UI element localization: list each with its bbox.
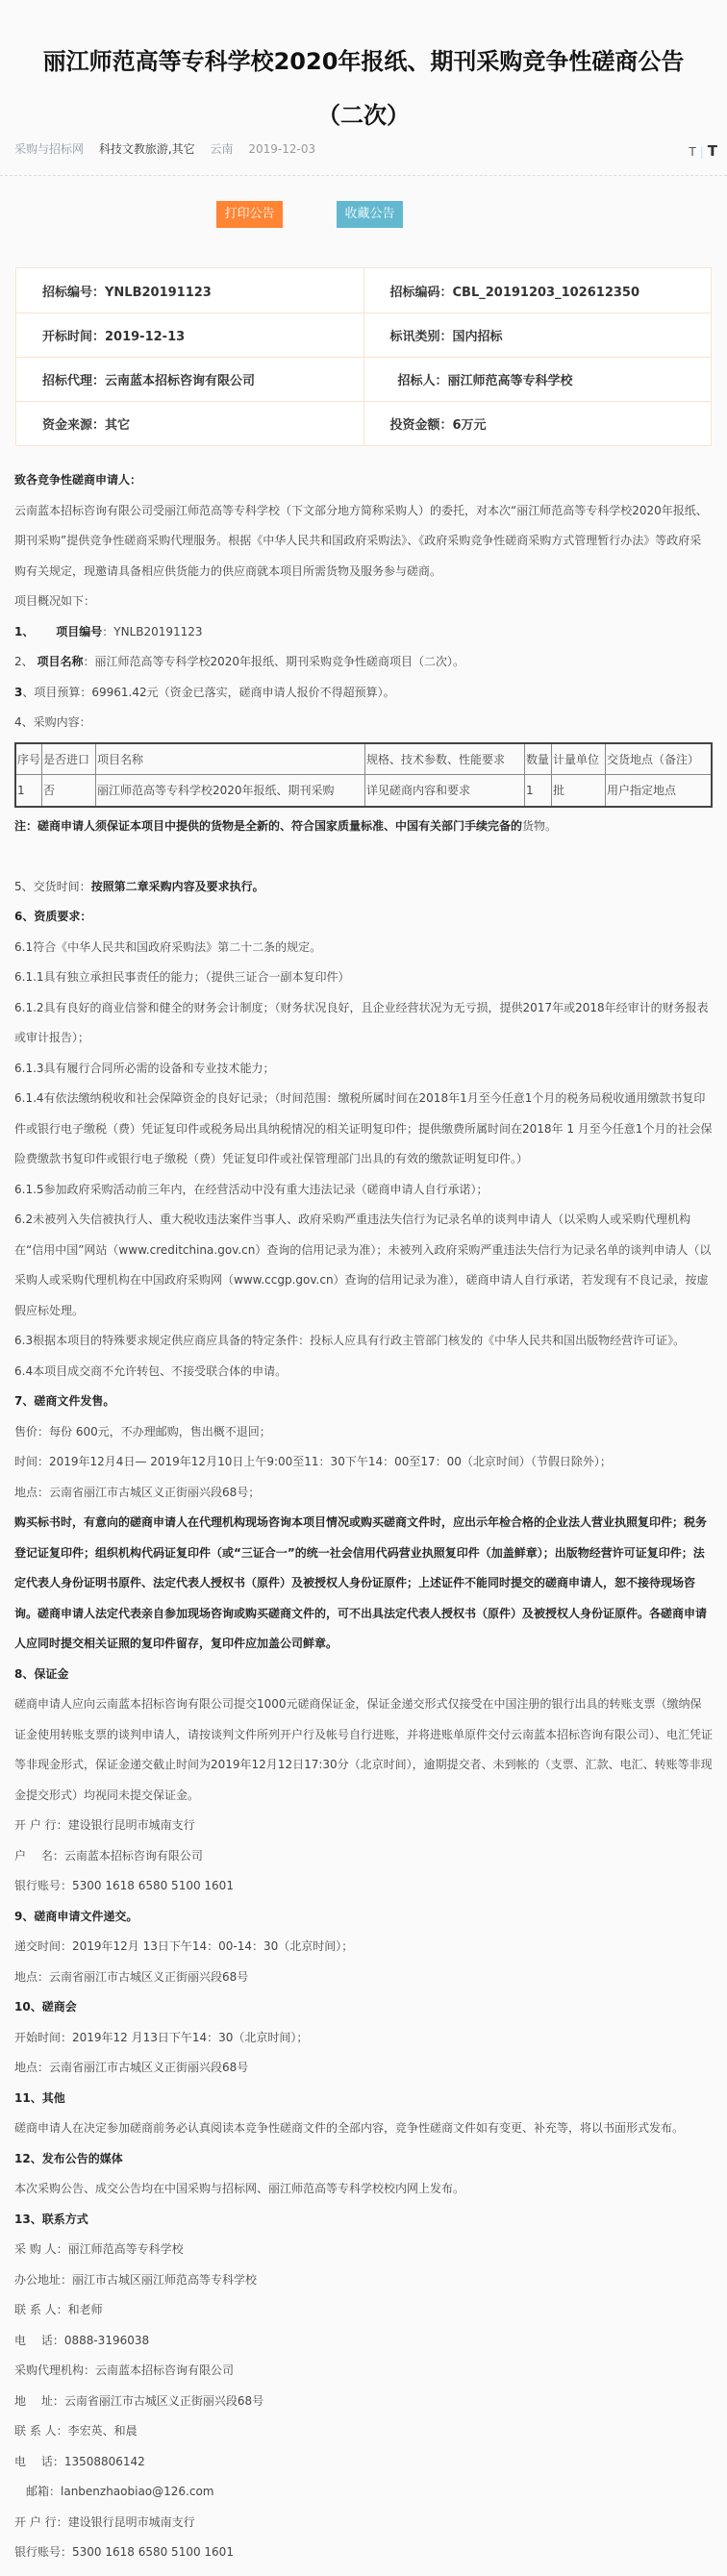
item-project-budget: 3、项目预算：69961.42元（资金已落实，磋商申请人报价不得超预算）。 xyxy=(14,678,713,709)
favorite-button[interactable]: 收藏公告 xyxy=(337,201,403,228)
contact-email[interactable]: 邮箱：lanbenzhaobiao@126.com xyxy=(14,2477,713,2508)
info-row: 开标时间：2019-12-13 标讯类别：国内招标 xyxy=(16,313,712,358)
table-header-row: 序号 是否进口 项目名称 规格、技术参数、性能要求 数量 计量单位 交货地点（备… xyxy=(15,743,712,775)
col-header: 交货地点（备注） xyxy=(606,743,712,775)
procurement-table: 序号 是否进口 项目名称 规格、技术参数、性能要求 数量 计量单位 交货地点（备… xyxy=(14,742,713,808)
item-procurement-content: 4、采购内容： xyxy=(14,708,713,738)
cell-spec: 详见磋商内容和要求 xyxy=(365,775,525,807)
investment-amount: 投资金额：6万元 xyxy=(363,402,712,446)
sale-price: 售价：每份 600元，不办理邮购，售出概不退回； xyxy=(14,1417,713,1448)
info-row: 招标代理：云南蓝本招标咨询有限公司 招标人：丽江师范高等专科学校 xyxy=(16,358,712,402)
font-small-icon[interactable]: T xyxy=(689,145,695,159)
cell-unit: 批 xyxy=(552,775,606,807)
submit-time: 递交时间：2019年12月 13日下午14：00-14：30（北京时间）； xyxy=(14,1932,713,1963)
section-contacts: 13、联系方式 xyxy=(14,2205,713,2236)
deposit-account-name: 户 名：云南蓝本招标咨询有限公司 xyxy=(14,1841,713,1872)
qual-6-1-3: 6.1.3具有履行合同所必需的设备和专业技术能力； xyxy=(14,1054,713,1085)
cell-index: 1 xyxy=(15,775,42,807)
fund-source: 资金来源：其它 xyxy=(16,402,364,446)
open-date: 开标时间：2019-12-13 xyxy=(16,313,364,358)
qual-6-3: 6.3根据本项目的特殊要求规定供应商应具备的特定条件：投标人应具有行政主管部门核… xyxy=(14,1326,713,1357)
deposit-bank: 开 户 行：建设银行昆明市城南支行 xyxy=(14,1811,713,1841)
intro-paragraph: 云南蓝本招标咨询有限公司受丽江师范高等专科学校（下文部分地方简称采购人）的委托，… xyxy=(14,496,713,588)
table-row: 1 否 丽江师范高等专科学校2020年报纸、期刊采购 详见磋商内容和要求 1 批… xyxy=(15,775,712,807)
cell-delivery: 用户指定地点 xyxy=(606,775,712,807)
print-button[interactable]: 打印公告 xyxy=(216,201,283,228)
qual-6-1-5: 6.1.5参加政府采购活动前三年内，在经营活动中没有重大违法记录（磋商申请人自行… xyxy=(14,1175,713,1206)
col-header: 计量单位 xyxy=(552,743,606,775)
bid-category: 标讯类别：国内招标 xyxy=(363,313,712,358)
title-line-1: 丽江师范高等专科学校2020年报纸、期刊采购竞争性磋商公告 xyxy=(0,35,727,88)
header-divider xyxy=(0,175,727,176)
contact-agency-address: 地 址：云南省丽江市古城区义正街丽兴段68号 xyxy=(14,2387,713,2417)
section-media: 12、发布公告的媒体 xyxy=(14,2144,713,2175)
media-text: 本次采购公告、成交公告均在中国采购与招标网、丽江师范高等专科学校校内网上发布。 xyxy=(14,2174,713,2205)
title-line-2: （二次） xyxy=(0,88,727,142)
region-label: 云南 xyxy=(211,142,234,156)
separator: | xyxy=(700,145,704,159)
font-large-icon[interactable]: T xyxy=(708,142,717,160)
deposit-account-number: 银行账号：5300 1618 6580 5100 1601 xyxy=(14,1871,713,1902)
spacer xyxy=(14,841,713,872)
category-label: 科技文教旅游,其它 xyxy=(99,142,195,156)
greeting: 致各竞争性磋商申请人： xyxy=(14,465,713,496)
item-project-number: 1、 项目编号：YNLB20191123 xyxy=(14,617,713,648)
section-meeting: 10、磋商会 xyxy=(14,1992,713,2023)
announcement-body: 致各竞争性磋商申请人： 云南蓝本招标咨询有限公司受丽江师范高等专科学校（下文部分… xyxy=(14,465,713,2568)
deposit-text: 磋商申请人应向云南蓝本招标咨询有限公司提交1000元磋商保证金，保证金递交形式仅… xyxy=(14,1689,713,1811)
font-size-controls: T|T xyxy=(689,142,717,160)
section-document-sale: 7、磋商文件发售。 xyxy=(14,1387,713,1417)
cell-quantity: 1 xyxy=(525,775,552,807)
meeting-time: 开始时间：2019年12 月13日下午14：30（北京时间）； xyxy=(14,2023,713,2054)
sale-place: 地点：云南省丽江市古城区义正街丽兴段68号； xyxy=(14,1478,713,1509)
contact-agency-phone: 电 话：13508806142 xyxy=(14,2447,713,2478)
qual-6-2: 6.2未被列入失信被执行人、重大税收违法案件当事人、政府采购严重违法失信行为记录… xyxy=(14,1205,713,1326)
col-header: 规格、技术参数、性能要求 xyxy=(365,743,525,775)
page-title: 丽江师范高等专科学校2020年报纸、期刊采购竞争性磋商公告 （二次） xyxy=(0,35,727,142)
qual-6-1-1: 6.1.1具有独立承担民事责任的能力；（提供三证合一副本复印件） xyxy=(14,963,713,993)
contact-agency: 采购代理机构：云南蓝本招标咨询有限公司 xyxy=(14,2356,713,2387)
tenderer: 招标人：丽江师范高等专科学校 xyxy=(363,358,712,402)
overview-label: 项目概况如下： xyxy=(14,587,713,617)
qual-6-1: 6.1符合《中华人民共和国政府采购法》第二十二条的规定。 xyxy=(14,933,713,963)
contact-bank: 开 户 行：建设银行昆明市城南支行 xyxy=(14,2508,713,2538)
item-project-name: 2、 项目名称：丽江师范高等专科学校2020年报纸、期刊采购竞争性磋商项目（二次… xyxy=(14,647,713,678)
qual-6-1-2: 6.1.2具有良好的商业信誉和健全的财务会计制度；（财务状况良好，且企业经营状况… xyxy=(14,993,713,1054)
bid-info-table: 招标编号：YNLB20191123 招标编码：CBL_20191203_1026… xyxy=(15,267,712,446)
contact-person: 联 系 人：和老师 xyxy=(14,2295,713,2326)
col-header: 是否进口 xyxy=(42,743,96,775)
submit-place: 地点：云南省丽江市古城区义正街丽兴段68号 xyxy=(14,1963,713,1993)
note: 注：磋商申请人须保证本项目中提供的货物是全新的、符合国家质量标准、中国有关部门手… xyxy=(14,812,713,842)
cell-item-name: 丽江师范高等专科学校2020年报纸、期刊采购 xyxy=(96,775,365,807)
section-qualifications: 6、资质要求： xyxy=(14,902,713,933)
source-link[interactable]: 采购与招标网 xyxy=(14,142,84,156)
qual-6-4: 6.4本项目成交商不允许转包、不接受联合体的申请。 xyxy=(14,1357,713,1388)
col-header: 项目名称 xyxy=(96,743,365,775)
article-meta: 采购与招标网 科技文教旅游,其它 云南 2019-12-03 xyxy=(14,139,713,159)
sale-time: 时间：2019年12月4日— 2019年12月10日上午9:00至11：30下午… xyxy=(14,1447,713,1478)
col-header: 序号 xyxy=(15,743,42,775)
contact-account-number: 银行账号：5300 1618 6580 5100 1601 xyxy=(14,2538,713,2568)
qual-6-1-4: 6.1.4有依法缴纳税收和社会保障资金的良好记录；（时间范围：缴税所属时间在20… xyxy=(14,1084,713,1175)
bid-agent: 招标代理：云南蓝本招标咨询有限公司 xyxy=(16,358,364,402)
bid-code: 招标编码：CBL_20191203_102612350 xyxy=(363,268,712,313)
contact-office-address: 办公地址：丽江市古城区丽江师范高等专科学校 xyxy=(14,2265,713,2296)
item-delivery-time: 5、交货时间：按照第二章采购内容及要求执行。 xyxy=(14,872,713,903)
publish-date: 2019-12-03 xyxy=(248,142,315,156)
bid-number: 招标编号：YNLB20191123 xyxy=(16,268,364,313)
contact-agency-person: 联 系 人：李宏英、和晨 xyxy=(14,2416,713,2447)
meeting-place: 地点：云南省丽江市古城区义正街丽兴段68号 xyxy=(14,2053,713,2084)
info-row: 招标编号：YNLB20191123 招标编码：CBL_20191203_1026… xyxy=(16,268,712,313)
section-other: 11、其他 xyxy=(14,2084,713,2114)
col-header: 数量 xyxy=(525,743,552,775)
other-text: 磋商申请人在决定参加磋商前务必认真阅读本竞争性磋商文件的全部内容，竞争性磋商文件… xyxy=(14,2113,713,2144)
contact-purchaser: 采 购 人：丽江师范高等专科学校 xyxy=(14,2235,713,2265)
info-row: 资金来源：其它 投资金额：6万元 xyxy=(16,402,712,446)
section-deposit: 8、保证金 xyxy=(14,1660,713,1690)
section-submission: 9、磋商申请文件递交。 xyxy=(14,1902,713,1933)
contact-phone: 电 话：0888-3196038 xyxy=(14,2326,713,2357)
purchase-requirements: 购买标书时，有意向的磋商申请人在代理机构现场咨询本项目情况或购买磋商文件时，应出… xyxy=(14,1508,713,1660)
cell-imported: 否 xyxy=(42,775,96,807)
